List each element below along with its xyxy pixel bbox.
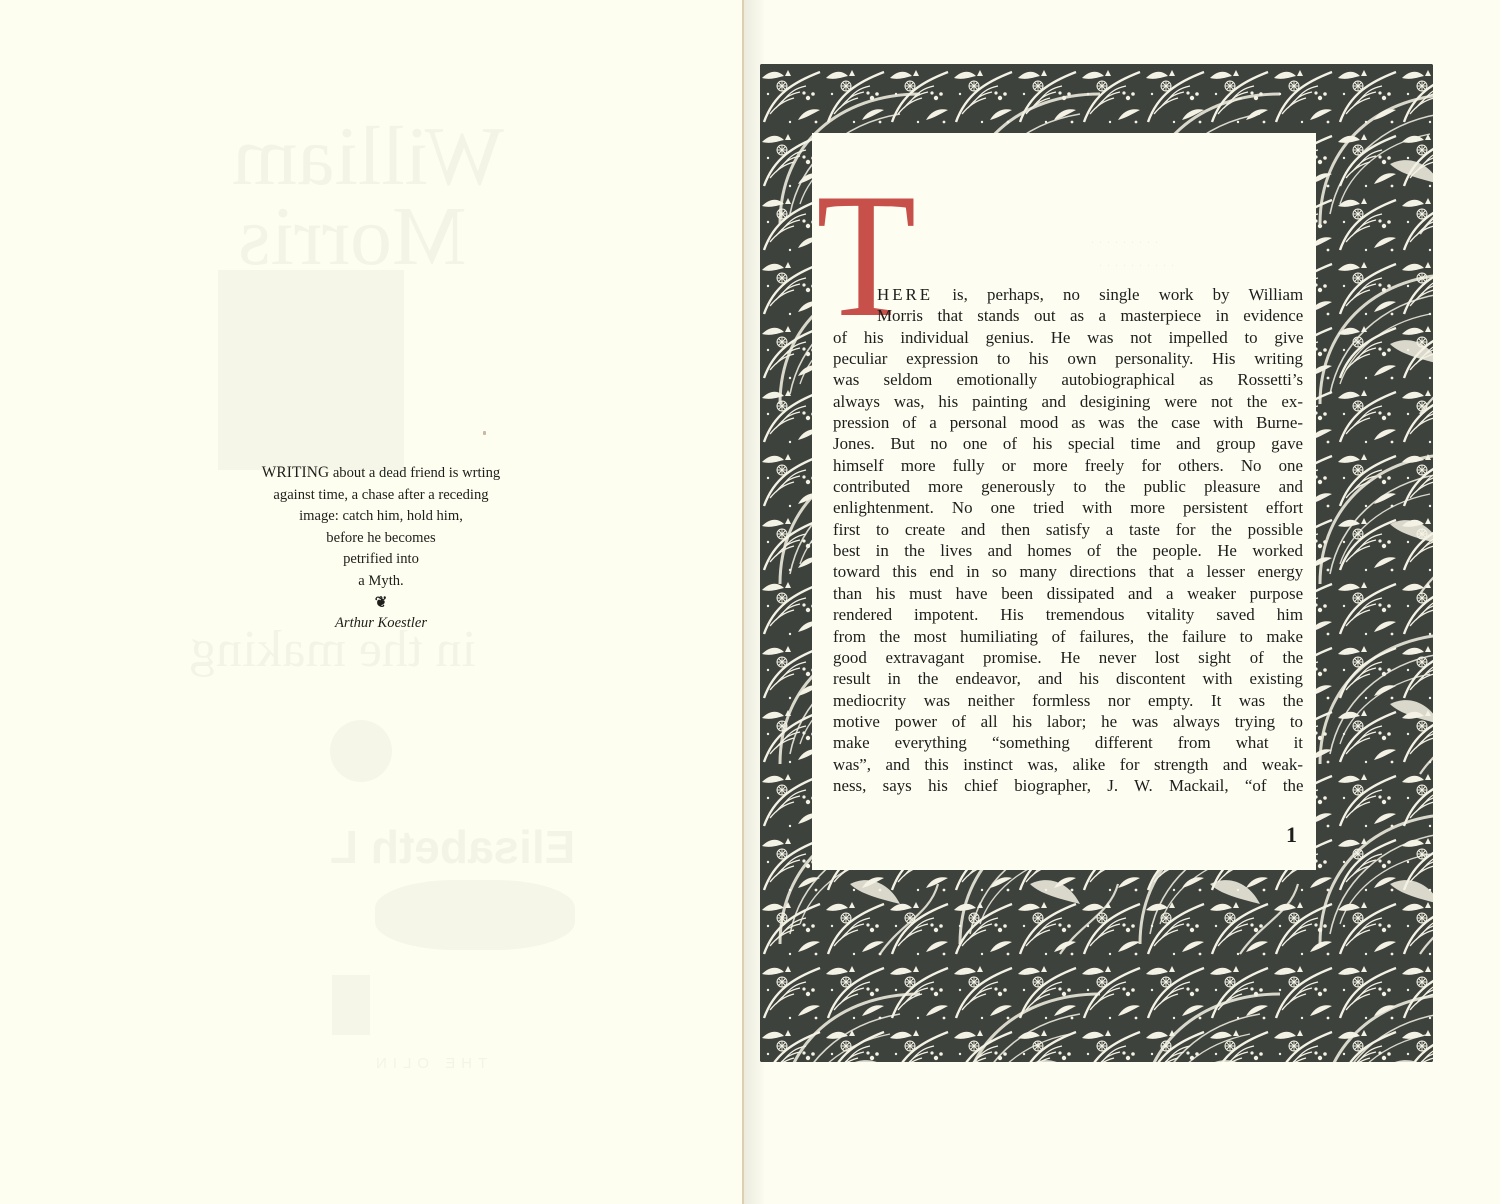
epigraph-line-3: image: catch him, hold him, — [231, 506, 531, 528]
body-line: make everything “something different fro… — [833, 732, 1303, 753]
body-line: enlightenment. No one tried with more pe… — [833, 497, 1303, 518]
epigraph: WRITING about a dead friend is wrting ag… — [231, 462, 531, 634]
body-line: was”, and this instinct was, alike for s… — [833, 754, 1303, 775]
body-line: motive power of all his labor; he was al… — [833, 711, 1303, 732]
epigraph-attribution: Arthur Koestler — [231, 613, 531, 634]
book-spread: William Morris in the making Elisabeth L… — [0, 0, 1500, 1204]
body-line: ness, says his chief biographer, J. W. M… — [833, 775, 1303, 796]
body-line: HERE is, perhaps, no single work by Will… — [833, 284, 1303, 305]
body-line: pression of a personal mood as was the c… — [833, 412, 1303, 433]
page-number: 1 — [1286, 822, 1297, 848]
body-text: HERE is, perhaps, no single work by Will… — [833, 284, 1303, 796]
body-line: than his must have been dissipated and a… — [833, 583, 1303, 604]
show-through-right-2: . . . . . . . . . . — [1098, 255, 1174, 270]
body-line: mediocrity was neither formless nor empt… — [833, 690, 1303, 711]
body-line: good extravagant promise. He never lost … — [833, 647, 1303, 668]
body-line: Morris that stands out as a masterpiece … — [833, 305, 1303, 326]
body-line: contributed more generously to the publi… — [833, 476, 1303, 497]
body-line: Jones. But no one of his special time an… — [833, 433, 1303, 454]
show-through-mark — [332, 975, 370, 1035]
epigraph-line-1: about a dead friend is wrting — [333, 465, 500, 481]
show-through-right: . . . . . . . . . — [1090, 232, 1158, 247]
epigraph-line-4: before he becomes — [231, 528, 531, 550]
body-line: rendered impotent. His tremendous vitali… — [833, 604, 1303, 625]
body-line-text: is, perhaps, no single work by William — [933, 285, 1303, 304]
left-page: William Morris in the making Elisabeth L… — [0, 0, 743, 1204]
epigraph-lead-word: WRITING — [262, 464, 329, 481]
body-line: himself more fully or more freely for ot… — [833, 455, 1303, 476]
body-line: result in the endeavor, and his disconte… — [833, 668, 1303, 689]
paper-speck — [483, 431, 486, 435]
show-through-author: Elisabeth L — [330, 820, 575, 874]
body-line: from the most humiliating of failures, t… — [833, 626, 1303, 647]
first-word-small-caps: HERE — [877, 285, 933, 304]
body-line: best in the lives and homes of the peopl… — [833, 540, 1303, 561]
show-through-emblem — [330, 720, 392, 782]
body-line: first to create and then satisfy a taste… — [833, 519, 1303, 540]
body-line: peculiar expression to his own personali… — [833, 348, 1303, 369]
body-line: of his individual genius. He was not imp… — [833, 327, 1303, 348]
body-line: was seldom emotionally autobiographical … — [833, 369, 1303, 390]
fleuron-icon: ❦ — [231, 593, 531, 613]
show-through-portrait — [218, 270, 404, 470]
show-through-vignette — [375, 880, 575, 950]
show-through-publisher: THE OLIN — [370, 1055, 487, 1072]
epigraph-line: WRITING about a dead friend is wrting — [231, 462, 531, 485]
epigraph-line-6: a Myth. — [231, 571, 531, 593]
body-line: always was, his painting and desigining … — [833, 391, 1303, 412]
body-line: toward this end in so many directions th… — [833, 561, 1303, 582]
epigraph-line-2: against time, a chase after a receding — [231, 485, 531, 507]
epigraph-line-5: petrified into — [231, 549, 531, 571]
